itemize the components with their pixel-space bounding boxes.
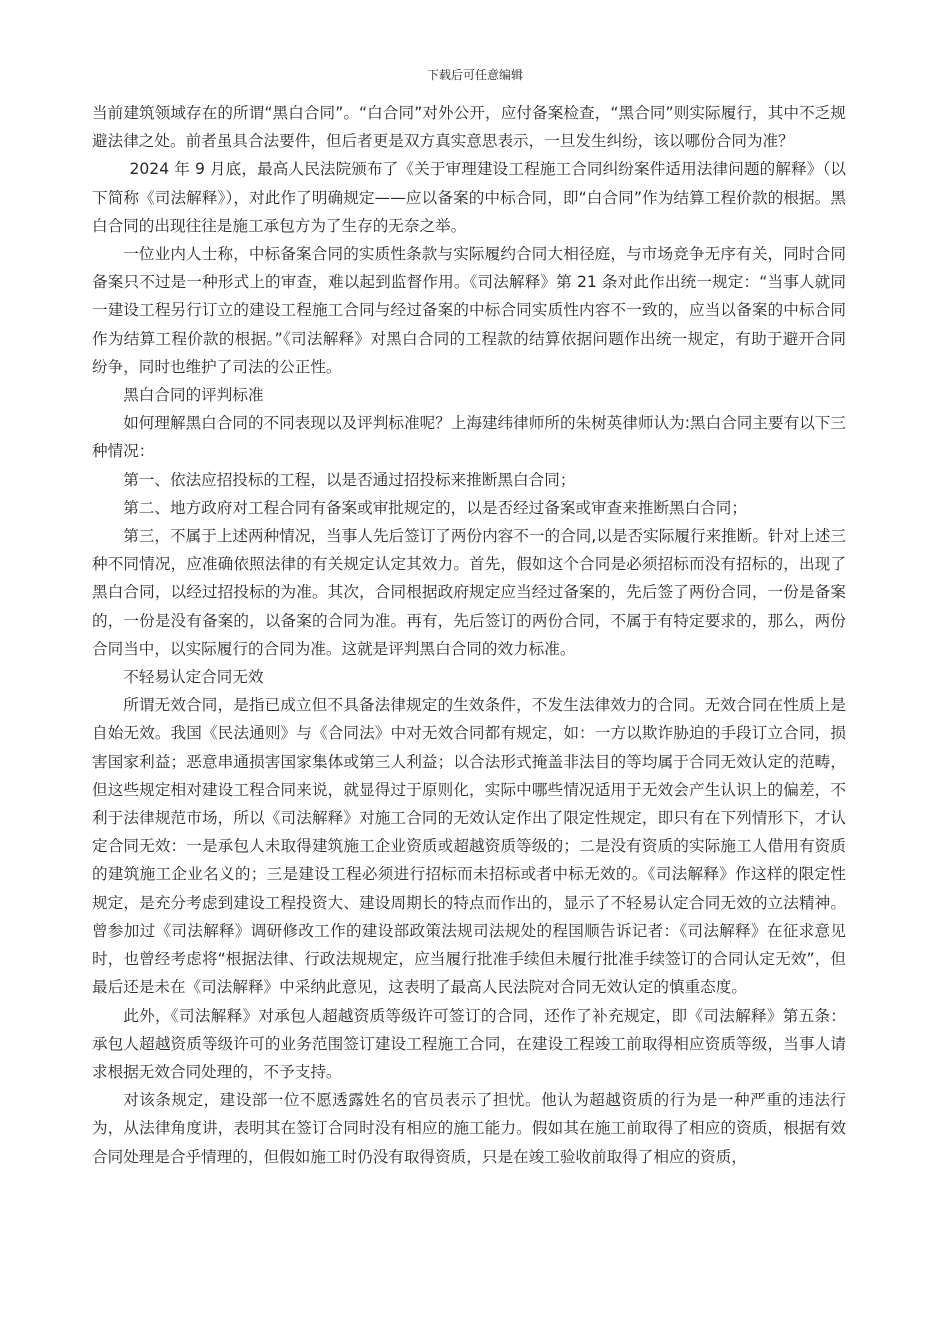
paragraph-supplementary-rule: 此外，《司法解释》对承包人超越资质等级许可签订的合同，还作了补充规定，即《司法解… (92, 1002, 846, 1087)
paragraph-industry-insider: 一位业内人士称，中标备案合同的实质性条款与实际履约合同大相径庭，与市场竞争无序有… (92, 240, 846, 381)
paragraph-official-concern: 对该条规定，建设部一位不愿透露姓名的官员表示了担忧。他认为超越资质的行为是一种严… (92, 1086, 846, 1171)
list-item-first: 第一、依法应招投标的工程，以是否通过招投标来推断黑白合同； (92, 466, 846, 494)
section-heading-invalid-contracts: 不轻易认定合同无效 (92, 663, 846, 691)
paragraph-invalid-contract-definition: 所谓无效合同，是指已成立但不具备法律规定的生效条件，不发生法律效力的合同。无效合… (92, 691, 846, 1001)
section-heading-evaluation-criteria: 黑白合同的评判标准 (92, 381, 846, 409)
paragraph-judicial-interpretation: 2024 年 9 月底，最高人民法院颁布了《关于审理建设工程施工合同纠纷案件适用… (92, 155, 846, 240)
page-header: 下载后可任意编辑 (0, 66, 950, 84)
paragraph-how-to-understand: 如何理解黑白合同的不同表现以及评判标准呢？上海建纬律师所的朱树英律师认为:黑白合… (92, 409, 846, 465)
document-body: 当前建筑领域存在的所谓“黑白合同”。“白合同”对外公开，应付备案检查，“黑合同”… (92, 99, 846, 1171)
list-item-second: 第二、地方政府对工程合同有备案或审批规定的，以是否经过备案或审查来推断黑白合同； (92, 494, 846, 522)
paragraph-intro: 当前建筑领域存在的所谓“黑白合同”。“白合同”对外公开，应付备案检查，“黑合同”… (92, 99, 846, 155)
paragraph-third-case: 第三，不属于上述两种情况，当事人先后签订了两份内容不一的合同,以是否实际履行来推… (92, 522, 846, 663)
